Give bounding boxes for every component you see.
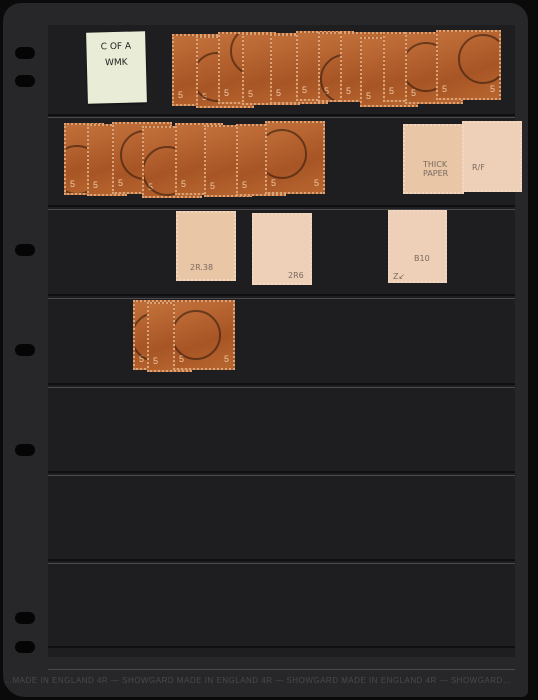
strip-divider xyxy=(48,559,515,561)
binder-hole xyxy=(15,344,35,356)
strip-edge xyxy=(48,563,515,564)
pencil-annotation: R/F xyxy=(472,163,485,172)
strip-divider xyxy=(48,646,515,648)
strip-edge xyxy=(48,117,515,118)
strip-divider xyxy=(48,294,515,296)
manufacturer-imprint: …MADE IN ENGLAND 4R — SHOWGARD MADE IN E… xyxy=(4,676,524,685)
strip-divider xyxy=(48,114,515,116)
binder-hole xyxy=(15,47,35,59)
strip-divider xyxy=(48,471,515,473)
strip-divider xyxy=(48,205,515,207)
strip-edge xyxy=(48,387,515,388)
stamp: 55 xyxy=(173,300,235,370)
stamp-back: R/F xyxy=(462,121,522,192)
binder-hole xyxy=(15,444,35,456)
stamp-back: THICK PAPER xyxy=(403,124,464,194)
strip-edge xyxy=(48,475,515,476)
note-line-2: WMK xyxy=(87,57,146,69)
stamp-back: 2R.38 xyxy=(176,211,236,281)
pencil-annotation: 2R.38 xyxy=(190,263,213,272)
stamp-back: 2R6 xyxy=(252,213,312,285)
stamp: 55 xyxy=(265,121,325,194)
binder-hole xyxy=(15,75,35,87)
pencil-annotation: 2R6 xyxy=(288,271,304,280)
binder-hole xyxy=(15,641,35,653)
stamp: 55 xyxy=(436,30,501,100)
pencil-annotation-extra: Z↙ xyxy=(393,272,405,281)
pencil-annotation: THICK PAPER xyxy=(423,160,453,178)
annotation-note: C OF A WMK xyxy=(86,31,147,104)
note-line-1: C OF A xyxy=(86,41,145,53)
strip-edge xyxy=(48,298,515,299)
strip-edge xyxy=(48,669,515,670)
binder-hole xyxy=(15,612,35,624)
stamp-back: B10 Z↙ xyxy=(388,210,447,283)
pencil-annotation: B10 xyxy=(414,254,430,263)
binder-hole xyxy=(15,244,35,256)
strip-divider xyxy=(48,383,515,385)
